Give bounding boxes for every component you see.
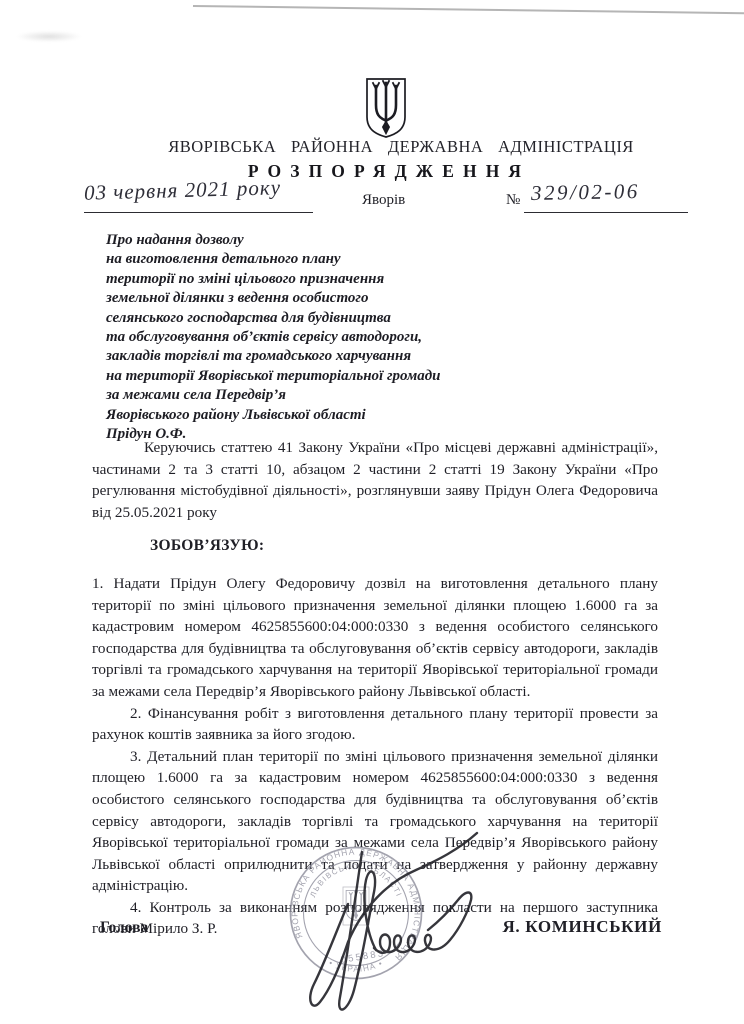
scan-artifact-smudge bbox=[16, 31, 82, 42]
issue-place: Яворів bbox=[362, 192, 405, 209]
preamble-paragraph: Керуючись статтею 41 Закону України «Про… bbox=[92, 437, 658, 523]
ukraine-trident-emblem-icon bbox=[364, 77, 408, 139]
order-item-1: 1. Надати Прідун Олегу Федоровичу дозвіл… bbox=[92, 573, 658, 703]
order-item-2: 2. Фінансування робіт з виготовлення дет… bbox=[92, 703, 658, 746]
scanned-document-page: ЯВОРІВСЬКА РАЙОННА ДЕРЖАВНА АДМІНІСТРАЦІ… bbox=[0, 0, 744, 1024]
subject-line: селянського господарства для будівництва bbox=[106, 309, 546, 328]
subject-line: за межами села Передвір’я bbox=[106, 386, 546, 405]
subject-line: Яворівського району Львівської області bbox=[106, 406, 546, 425]
organization-name: ЯВОРІВСЬКА РАЙОННА ДЕРЖАВНА АДМІНІСТРАЦІ… bbox=[0, 137, 744, 157]
date-underline bbox=[84, 212, 313, 213]
handwritten-date: 03 червня 2021 року bbox=[84, 175, 282, 205]
handwritten-signature bbox=[278, 812, 508, 1022]
subject-line: території по зміні цільового призначення bbox=[106, 270, 546, 289]
subject-line: на виготовлення детального плану bbox=[106, 250, 546, 269]
subject-line: на території Яворівської територіальної … bbox=[106, 367, 546, 386]
subject-line: та обслуговування об’єктів сервісу автод… bbox=[106, 328, 546, 347]
directive-heading: ЗОБОВ’ЯЗУЮ: bbox=[92, 535, 658, 557]
subject-block: Про надання дозволу на виготовлення дета… bbox=[106, 231, 546, 444]
number-underline bbox=[524, 212, 688, 213]
subject-line: закладів торгівлі та громадського харчув… bbox=[106, 347, 546, 366]
number-label: № bbox=[506, 192, 520, 209]
signer-title: Голова bbox=[92, 919, 148, 937]
handwritten-number: 329/02-06 bbox=[531, 179, 640, 206]
scan-artifact-line bbox=[193, 5, 744, 14]
subject-line: земельної ділянки з ведення особистого bbox=[106, 289, 546, 308]
subject-line: Про надання дозволу bbox=[106, 231, 546, 250]
signer-name: Я. КОМИНСЬКИЙ bbox=[502, 917, 662, 937]
